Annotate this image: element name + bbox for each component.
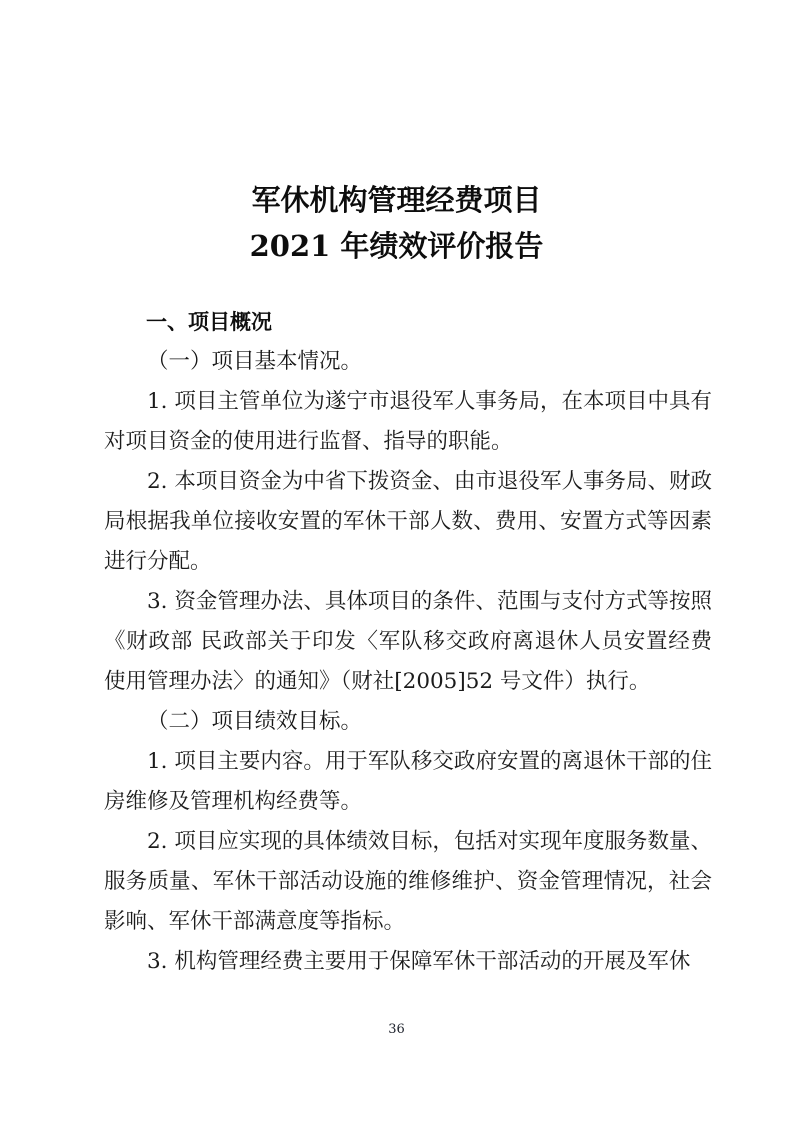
paragraph-fund-source: 2. 本项目资金为中省下拨资金、由市退役军人事务局、财政局根据我单位接收安置的军…: [104, 462, 712, 582]
section-heading-project-overview: 一、项目概况: [104, 302, 712, 342]
subsection-heading-basic-situation: （一）项目基本情况。: [104, 342, 712, 382]
document-page: 军休机构管理经费项目 2021 年绩效评价报告 一、项目概况 （一）项目基本情况…: [0, 0, 793, 1122]
document-title-line1: 军休机构管理经费项目: [0, 177, 793, 223]
paragraph-management-expense-use: 3. 机构管理经费主要用于保障军休干部活动的开展及军休: [104, 942, 712, 982]
document-body: 一、项目概况 （一）项目基本情况。 1. 项目主管单位为遂宁市退役军人事务局，在…: [104, 302, 712, 982]
document-title: 军休机构管理经费项目 2021 年绩效评价报告: [0, 0, 793, 269]
paragraph-supervisor-unit: 1. 项目主管单位为遂宁市退役军人事务局，在本项目中具有对项目资金的使用进行监督…: [104, 382, 712, 462]
page-number: 36: [0, 1022, 793, 1037]
document-title-line2: 2021 年绩效评价报告: [0, 223, 793, 269]
paragraph-performance-targets: 2. 项目应实现的具体绩效目标，包括对实现年度服务数量、服务质量、军休干部活动设…: [104, 822, 712, 942]
paragraph-fund-management-measures: 3. 资金管理办法、具体项目的条件、范围与支付方式等按照《财政部 民政部关于印发…: [104, 582, 712, 702]
paragraph-main-content: 1. 项目主要内容。用于军队移交政府安置的离退休干部的住房维修及管理机构经费等。: [104, 742, 712, 822]
subsection-heading-performance-goals: （二）项目绩效目标。: [104, 702, 712, 742]
